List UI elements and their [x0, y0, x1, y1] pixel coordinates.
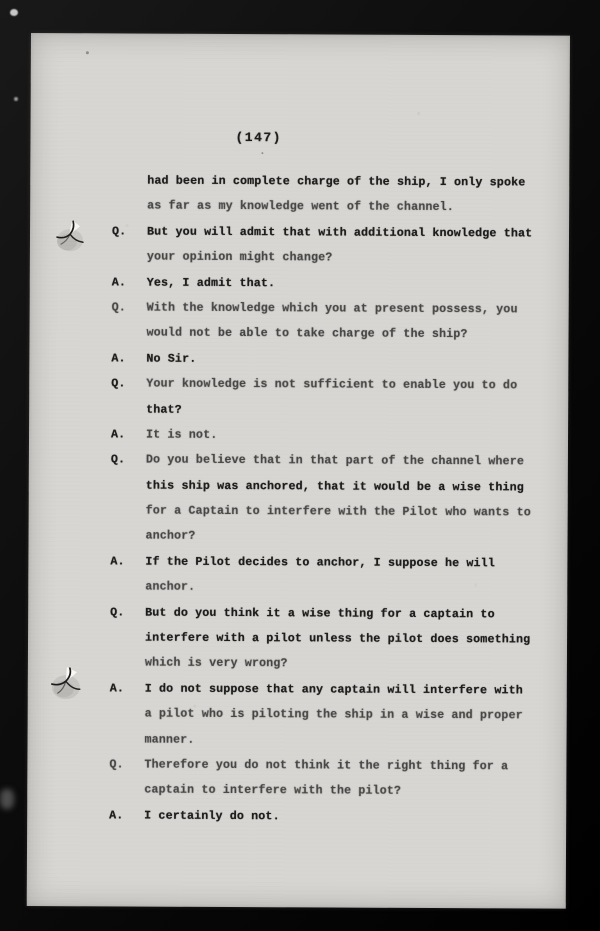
transcript-line: Your knowledge is not sufficient to enab… [146, 372, 560, 399]
entry-lines: But do you think it a wise thing for a c… [145, 600, 559, 678]
qa-entry: A.If the Pilot decides to anchor, I supp… [110, 549, 559, 602]
entry-lines: Therefore you do not think it the right … [144, 753, 558, 806]
transcript-line: Therefore you do not think it the right … [144, 753, 558, 780]
entry-lines: It is not. [146, 422, 560, 449]
qa-entry: A.It is not. [111, 422, 560, 450]
transcript-line: as far as my knowledge went of the chann… [147, 194, 561, 221]
transcript-line: anchor? [145, 524, 559, 551]
entry-lines: Do you believe that in that part of the … [145, 448, 559, 552]
entry-lines: With the knowledge which you at present … [146, 296, 560, 349]
speaker-label: A. [112, 270, 147, 296]
speaker-label: A. [111, 346, 146, 372]
speaker-label: Q. [111, 372, 146, 398]
speaker-label: Q. [110, 600, 145, 626]
qa-entry: A.I certainly do not. [109, 803, 558, 831]
transcript-line: which is very wrong? [145, 651, 559, 678]
transcript-line: interfere with a pilot unless the pilot … [145, 626, 559, 653]
qa-entry: Q.Do you believe that in that part of th… [110, 448, 559, 552]
entry-lines: I do not suppose that any captain will i… [144, 676, 558, 754]
entry-lines: Your knowledge is not sufficient to enab… [146, 372, 560, 425]
speaker-label: Q. [109, 752, 144, 778]
entry-lines: No Sir. [146, 346, 560, 373]
dust-speck [14, 97, 18, 101]
speaker-label: Q. [111, 448, 146, 474]
entry-lines: If the Pilot decides to anchor, I suppos… [145, 549, 559, 602]
transcript-line: If the Pilot decides to anchor, I suppos… [145, 549, 559, 576]
transcript-line: With the knowledge which you at present … [147, 296, 561, 323]
entry-lines: I certainly do not. [144, 803, 558, 830]
entry-lines: But you will admit that with additional … [147, 219, 561, 272]
transcript-line: I do not suppose that any captain will i… [145, 676, 559, 703]
dust-speck [10, 9, 18, 16]
qa-entry: Q.Therefore you do not think it the righ… [109, 752, 558, 805]
scan-smudge [0, 789, 14, 809]
dust-speck [86, 51, 89, 54]
page-number: (147) [235, 130, 282, 145]
speaker-label: A. [111, 422, 146, 448]
qa-entry: Q.But do you think it a wise thing for a… [110, 600, 559, 678]
transcript-line: your opinion might change? [147, 245, 561, 272]
transcript-line: manner. [144, 727, 558, 754]
transcript-line: Do you believe that in that part of the … [146, 448, 560, 475]
dialogue: had been in complete charge of the ship,… [109, 168, 561, 830]
speaker-label: A. [110, 676, 145, 702]
document-page: (147) had been in complete charge of the… [27, 33, 570, 909]
entry-lines: had been in complete charge of the ship,… [147, 169, 561, 222]
transcript-line: for a Captain to interfere with the Pilo… [146, 499, 560, 526]
transcript-line: It is not. [146, 422, 560, 449]
transcript-line: captain to interfere with the pilot? [144, 778, 558, 805]
transcript-line: a pilot who is piloting the ship in a wi… [145, 702, 559, 729]
transcript-line: Yes, I admit that. [147, 270, 561, 297]
qa-entry: Q.But you will admit that with additiona… [112, 219, 561, 272]
transcript-line: No Sir. [146, 346, 560, 373]
transcript-line: anchor. [145, 575, 559, 602]
qa-entry: A.No Sir. [111, 346, 560, 374]
transcript-line: that? [146, 397, 560, 424]
speaker-label [112, 168, 147, 194]
speaker-label: Q. [112, 295, 147, 321]
transcript-line: had been in complete charge of the ship,… [147, 169, 561, 196]
qa-entry: Q.With the knowledge which you at presen… [111, 295, 560, 348]
transcript-line: this ship was anchored, that it would be… [146, 473, 560, 500]
transcript-line: But you will admit that with additional … [147, 219, 561, 246]
punch-hole-mark [52, 213, 90, 259]
speaker-label: Q. [112, 219, 147, 245]
dust-speck [261, 152, 263, 154]
qa-entry: Q.Your knowledge is not sufficient to en… [111, 372, 560, 425]
transcript-line: would not be able to take charge of the … [146, 321, 560, 348]
speaker-label: A. [109, 803, 144, 829]
speaker-label: A. [110, 549, 145, 575]
qa-entry: A.I do not suppose that any captain will… [109, 676, 558, 754]
qa-entry: had been in complete charge of the ship,… [112, 168, 561, 221]
scan-background: (147) had been in complete charge of the… [0, 0, 600, 931]
entry-lines: Yes, I admit that. [147, 270, 561, 297]
qa-entry: A.Yes, I admit that. [112, 270, 561, 298]
transcript-line: But do you think it a wise thing for a c… [145, 600, 559, 627]
transcript-line: I certainly do not. [144, 803, 558, 830]
punch-hole-mark [48, 661, 86, 707]
